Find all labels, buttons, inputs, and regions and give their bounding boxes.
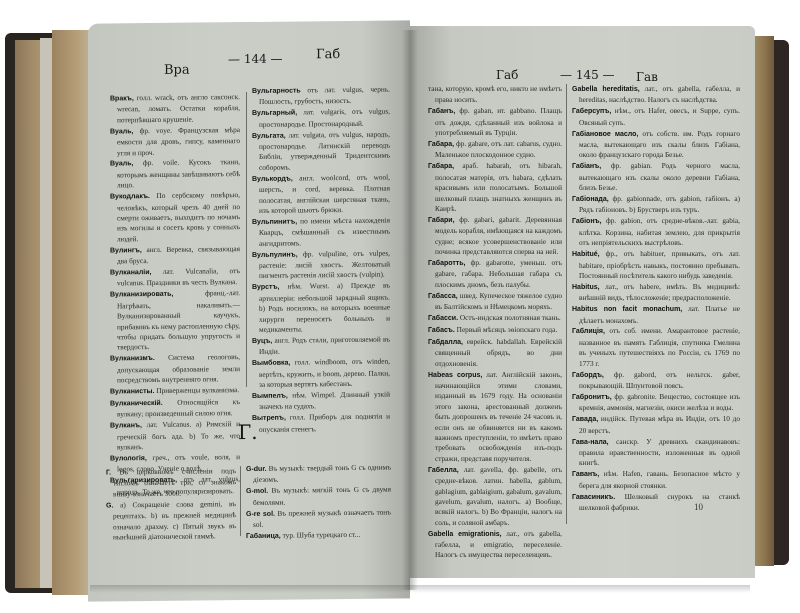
headword: Вульпулинъ, (252, 251, 298, 258)
definition: фр. gabord, отъ нельтск. gaber, покрываю… (579, 370, 740, 390)
headword: Габдалла, (428, 339, 463, 346)
headword: G-mol. (246, 488, 268, 495)
headword: Habeas corpus, (428, 372, 482, 379)
page-number: — 144 — (228, 52, 283, 67)
page-edges-right (752, 36, 774, 566)
headword: Habitué, (572, 251, 600, 258)
dictionary-entry: Габіонъ, фр. gabion, отъ средне-вѣков.-л… (572, 216, 740, 248)
definition: фр. gabare, отъ лат. cabarus, судно. Мал… (435, 139, 562, 159)
dictionary-entry: Вулканъ, лат. Vulcanus. а) Римскій и гре… (110, 419, 240, 453)
headword: Вулканизировать, (110, 291, 173, 299)
headword: G-re sol. (246, 510, 275, 517)
definition: лат. gavella, фр. gabelle, отъ средне-вѣ… (435, 465, 562, 527)
headword: Гавасиникъ. (572, 494, 615, 501)
definition: фр. gabian. Родъ черного масла, вытекающ… (579, 161, 740, 192)
headword: Габіонъ, (572, 218, 602, 225)
dictionary-entry: Вулканизмъ. Система геологовъ, допускающ… (110, 352, 240, 386)
headword: Габелла, (428, 467, 459, 474)
dictionary-entry: Вымбовка, голл. windboom, отъ winden, ве… (252, 357, 390, 391)
dictionary-entry: Габронитъ, фр. gabronite. Вещество, сост… (572, 392, 740, 414)
dictionary-entry: Вульпулинъ, фр. vulpuline, отъ vulpes, р… (252, 248, 390, 282)
headword: Габасса, (428, 293, 458, 300)
headword: Габасъ. (428, 327, 455, 334)
dictionary-entry: Габіановое масло, отъ собств. им. Родъ г… (572, 129, 740, 161)
dictionary-entry: Габерсупъ, нѣм., отъ Hafer, овесъ, и Sup… (572, 106, 740, 128)
definition: нѣм. Wurst. а) Прежде въ артиллеріи: неб… (259, 281, 390, 334)
column-1: Вракъ, голл. wrack, отъ англо саксонск. … (110, 92, 240, 498)
definition: Приверженцы вулканизма. (154, 385, 239, 395)
headword: Habitus non facit monachum, (572, 306, 682, 313)
definition: фр. gabari, gabarit. Деревянная модель к… (435, 215, 562, 256)
headword: Вулканизмъ. (110, 355, 155, 362)
definition: нѣм. Hafen, гавань. Безопасное мѣсто у б… (579, 469, 740, 489)
dictionary-entry: Гавада, индійск. Путевая мѣра въ Индіи, … (572, 414, 740, 436)
dictionary-entry: Habitus non facit monachum, лат. Платье … (572, 304, 740, 326)
headword: Габордъ, (572, 372, 604, 379)
running-head-right: Гав (636, 70, 658, 84)
dictionary-entry: Габари, фр. gabari, gabarit. Деревянная … (428, 215, 562, 258)
headword: Габаротть, (428, 260, 465, 267)
headword: Гаванъ, (572, 471, 599, 478)
headword: Gabella emigrationis, (428, 531, 502, 538)
headword: Вульгарный, (252, 110, 297, 117)
headword: Габара, (428, 141, 454, 148)
dictionary-entry: Габаротть, фр. gabarotte, уменьш. отъ ga… (428, 258, 562, 290)
headword: Габронитъ, (572, 394, 612, 401)
headword: Вурстъ, (252, 284, 280, 291)
headword: Habitus, (572, 284, 600, 291)
column-1: тана, которую, кромѣ его, никто не имѣет… (428, 84, 562, 561)
running-head-left: Габ (496, 68, 518, 82)
dictionary-entry: Вулканическій. Относящійся къ вулкану; п… (110, 397, 240, 420)
headword: Габіонада, (572, 196, 609, 203)
left-page: Вра — 144 — Габ Вракъ, голл. wrack, отъ … (88, 20, 410, 601)
definition: фр., отъ habituer, привыкать, отъ лат. h… (579, 249, 740, 280)
dictionary-entry: Габіанъ, фр. gabian. Родъ черного масла,… (572, 161, 740, 193)
headword: Вулканисты. (110, 388, 154, 395)
definition: фр. gaban, ит. gabbano. Плащъ отъ дождя,… (435, 106, 562, 137)
dictionary-entry: Вулькордъ, англ. woolcord, отъ wool, шер… (252, 172, 390, 216)
definition: фр. voye. Французская мѣра емкости для д… (117, 125, 240, 157)
definition: фр. voile. Кусокъ ткани, которымъ женщин… (117, 158, 240, 190)
definition: тур. Шуба турецкаго ст... (281, 530, 360, 540)
book-gutter (402, 30, 418, 590)
dictionary-entry: Г. Въ церковномъ счисленіи подъ титломъ … (106, 466, 236, 500)
definition: лат., отъ habere, имѣть. Въ медицинѣ: вн… (579, 282, 740, 302)
dictionary-entry: Вытрепъ, голл. Приборъ для поднятія и оп… (252, 412, 390, 435)
definition: голл. wrack, отъ англо саксонск. wrecan,… (117, 92, 240, 124)
definition: Въ музыкѣ: мягкій тонъ G съ двумя бемоля… (253, 485, 391, 507)
dictionary-entry: Габлиція, отъ соб. имени. Амарантовое ра… (572, 326, 740, 369)
dictionary-entry: Вуаль, фр. voile. Кусокъ ткани, которымъ… (110, 158, 240, 192)
headword: Габанъ, (428, 108, 455, 115)
column-2: Вульгарность отъ лат. vulgus, чернь. Пош… (252, 85, 390, 436)
headword: Габерсупъ, (572, 108, 611, 115)
headword: Габлиція, (572, 328, 605, 335)
dictionary-entry: Габанъ, фр. gaban, ит. gabbano. Плащъ от… (428, 106, 562, 138)
headword: Вульпинитъ, (252, 218, 297, 225)
section-letter: Г. (238, 420, 258, 444)
headword: Вуаль, (110, 128, 133, 135)
dictionary-entry: Габасса, швед. Купеческое тяжелое судно … (428, 291, 562, 313)
dictionary-entry: Вульгарность отъ лат. vulgus, чернь. Пош… (252, 85, 390, 108)
dictionary-entry: Гаванъ, нѣм. Hafen, гавань. Безопасное м… (572, 469, 740, 491)
headword: Вуцъ, (252, 338, 272, 345)
headword: Габара, (428, 163, 454, 170)
dictionary-entry: G-dur. Въ музыкѣ: твердый тонъ G съ одни… (246, 463, 391, 486)
headword: Вулканическій. (110, 400, 163, 408)
dictionary-entry: Вульгата, лат. vulgata, отъ vulgus, наро… (252, 129, 390, 173)
dictionary-entry: Вымпелъ, нѣм. Wimpel. Длинный узкій знач… (252, 389, 390, 412)
dictionary-entry: Габіонада, фр. gabionnade, отъ gabion, г… (572, 194, 740, 216)
open-book: Вра — 144 — Габ Вракъ, голл. wrack, отъ … (0, 0, 800, 613)
definition: Въ церковномъ счисленіи подъ титломъ озн… (111, 466, 236, 498)
dictionary-entry: Гавасиникъ. Шелковый снурокъ на станкѣ ш… (572, 492, 740, 514)
headword: Вулингъ, (110, 247, 142, 254)
column-rule (566, 84, 567, 524)
definition: индійск. Путевая мѣра въ Индіи, отъ 10 д… (579, 414, 740, 434)
dictionary-entry: Habeas corpus, лат. Англійскій законъ, н… (428, 370, 562, 465)
dictionary-entry: Вурстъ, нѣм. Wurst. а) Прежде въ артилле… (252, 281, 390, 335)
headword: Габіанъ, (572, 163, 601, 170)
dictionary-entry: Габасси. Остъ-индская полотняная ткань. (428, 313, 562, 324)
running-head-left: Вра (164, 63, 190, 78)
dictionary-entry: G-re sol. Въ прежней музыкѣ означаетъ то… (246, 507, 391, 530)
headword: Вукодлакъ. (110, 193, 150, 200)
definition: араб. habarah, отъ hibarah, полосатая ма… (435, 161, 562, 213)
dictionary-entry: Gabella hereditatis, лат., отъ gabella, … (572, 84, 740, 106)
dictionary-entry: тана, которую, кромѣ его, никто не имѣет… (428, 84, 562, 106)
dictionary-entry: Габаница, тур. Шуба турецкаго ст... (246, 529, 391, 542)
headword: Вракъ, (110, 95, 134, 102)
headword: Вульгата, (252, 132, 286, 139)
dictionary-entry: Габдалла, еврейск. habdallah. Еврейскій … (428, 337, 562, 369)
dictionary-entry: Габордъ, фр. gabord, отъ нельтск. gaber,… (572, 370, 740, 392)
definition: Остъ-индская полотняная ткань. (458, 313, 561, 322)
signature-mark: 10 (694, 502, 703, 512)
page-number: — 145 — (560, 68, 615, 82)
headword: Вулологія, (110, 455, 147, 462)
dictionary-entry: Вулканисты. Приверженцы вулканизма. (110, 385, 240, 398)
headword: Габасси. (428, 315, 458, 322)
dictionary-entry: G. а) Сокращеніе слова gemini, въ рецепт… (106, 499, 236, 543)
headword: Габіановое масло, (572, 131, 638, 138)
headword: Габари, (428, 217, 455, 224)
headword: Вульгарность (252, 87, 301, 95)
dictionary-entry: Габелла, лат. gavella, фр. gabelle, отъ … (428, 465, 562, 528)
definition: англ. Родъ стали, приготовляемой въ Инді… (259, 334, 390, 356)
headword: Gabella hereditatis, (572, 86, 640, 93)
dictionary-entry: Вулингъ, англ. Веревка, связывающая два … (110, 244, 240, 267)
column-rule (240, 466, 241, 536)
dictionary-entry: Габасъ. Первый мѣсяцъ эѳіопскаго года. (428, 325, 562, 336)
dictionary-entry: Вуаль, фр. voye. Французская мѣра емкост… (110, 125, 240, 159)
page-block-left (52, 30, 92, 595)
dictionary-entry: Вракъ, голл. wrack, отъ англо саксонск. … (110, 92, 240, 126)
headword: Вымпелъ, (252, 392, 288, 399)
column-2: Gabella hereditatis, лат., отъ gabella, … (572, 84, 740, 514)
headword: Вуаль, (110, 161, 133, 168)
headword: Вулканъ, (110, 422, 142, 429)
definition: лат. Англійскій законъ, начинающійся эти… (435, 370, 562, 463)
definition: Первый мѣсяцъ эѳіопскаго года. (455, 325, 557, 334)
dictionary-entry: Вульгарный, лат. vulgaris, отъ vulgus, п… (252, 107, 390, 130)
column-rule (246, 92, 247, 387)
dictionary-entry: Габара, фр. gabare, отъ лат. cabarus, су… (428, 139, 562, 161)
headword: Габаница, (246, 533, 281, 540)
dictionary-entry: Гава-нала, санскр. У древнихъ скандинаво… (572, 437, 740, 469)
dictionary-entry: Habitué, фр., отъ habituer, привыкать, о… (572, 249, 740, 281)
definition: фр. gabion, отъ средне-вѣков.-лат. gabia… (579, 216, 740, 247)
dictionary-entry: Габара, араб. habarah, отъ hibarah, поло… (428, 161, 562, 214)
dictionary-entry: G-mol. Въ музыкѣ: мягкій тонъ G съ двумя… (246, 485, 391, 508)
running-head-right: Габ (316, 47, 340, 62)
definition: тана, которую, кромѣ его, никто не имѣет… (428, 84, 562, 104)
headword: Вымбовка, (252, 360, 290, 367)
dictionary-entry: Gabella emigrationis, лат., отъ gabella,… (428, 529, 562, 561)
headword: Вулканаліи, (110, 269, 151, 276)
headword: Вулькордъ, (252, 175, 293, 182)
dictionary-entry: Вульпинитъ, по имени мѣста нахожденія Кв… (252, 215, 390, 249)
column-1-bottom: Г. Въ церковномъ счисленіи подъ титломъ … (106, 466, 236, 543)
headword: Гавада, (572, 416, 598, 423)
headword: Гава-нала, (572, 439, 609, 446)
headword: G-dur. (246, 466, 267, 473)
page-shadow (90, 585, 750, 593)
definition: а) Сокращеніе слова gemini, въ рецептахъ… (113, 499, 236, 542)
dictionary-entry: Вуцъ, англ. Родъ стали, приготовляемой в… (252, 334, 390, 357)
dictionary-entry: Вулканизировать, франц.-лат. Нагрѣвать, … (110, 288, 240, 353)
definition: Въ музыкѣ: твердый тонъ G съ однимъ діез… (253, 463, 391, 485)
dictionary-entry: Habitus, лат., отъ habere, имѣть. Въ мед… (572, 282, 740, 304)
dictionary-entry: Вукодлакъ. По сербскому повѣрью, человѣк… (110, 190, 240, 244)
column-2-bottom: G-dur. Въ музыкѣ: твердый тонъ G съ одни… (246, 463, 391, 543)
right-page: Габ — 145 — Гав тана, которую, кромѣ его… (410, 26, 755, 578)
dictionary-entry: Вулканаліи, лат. Vulcanalia, отъ vulcanu… (110, 266, 240, 289)
